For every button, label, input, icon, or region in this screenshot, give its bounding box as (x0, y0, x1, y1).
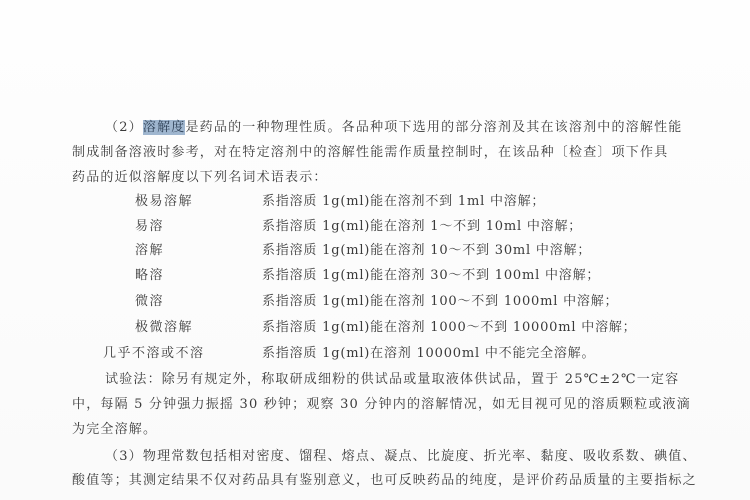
term-definition: 系指溶质 1g(ml)能在溶剂 100～不到 1000ml 中溶解； (262, 294, 618, 310)
term-label: 易溶 (135, 219, 164, 235)
test-method-line2: 中，每隔 5 分钟强力振摇 30 秒钟；观察 30 分钟内的溶解情况，如无目视可… (72, 397, 691, 413)
para2-line1: （2）溶解度是药品的一种物理性质。各品种项下选用的部分溶剂及其在该溶剂中的溶解性… (105, 120, 683, 136)
para3-line2: 酸值等；其测定结果不仅对药品具有鉴别意义，也可反映药品的纯度，是评价药品质量的主… (72, 473, 697, 489)
para2-line2: 制成制备溶液时参考，对在特定溶剂中的溶解性能需作质量控制时，在该品种〔检查〕项下… (72, 145, 668, 161)
highlighted-term-solubility[interactable]: 溶解度 (143, 120, 186, 135)
test-method-line3: 为完全溶解。 (72, 422, 157, 438)
document-page: （2）溶解度是药品的一种物理性质。各品种项下选用的部分溶剂及其在该溶剂中的溶解性… (0, 0, 750, 500)
term-label: 微溶 (135, 294, 164, 310)
term-label: 几乎不溶或不溶 (103, 346, 205, 362)
term-definition: 系指溶质 1g(ml)在溶剂 10000ml 中不能完全溶解。 (262, 346, 595, 362)
para2-line3: 药品的近似溶解度以下列名词术语表示： (72, 170, 328, 186)
term-label: 极易溶解 (135, 194, 193, 210)
test-method-line1: 试验法：除另有规定外，称取研成细粉的供试品或量取液体供试品，置于 25℃±2℃一… (105, 372, 679, 388)
term-label: 极微溶解 (135, 320, 193, 336)
term-label: 略溶 (135, 268, 164, 284)
term-definition: 系指溶质 1g(ml)能在溶剂 1～不到 10ml 中溶解； (262, 219, 582, 235)
para3-line1: （3）物理常数包括相对密度、馏程、熔点、凝点、比旋度、折光率、黏度、吸收系数、碘… (105, 449, 697, 465)
term-definition: 系指溶质 1g(ml)能在溶剂 1000～不到 10000ml 中溶解； (262, 320, 636, 336)
para2-line1-text: 是药品的一种物理性质。各品种项下选用的部分溶剂及其在该溶剂中的溶解性能 (185, 120, 682, 135)
term-definition: 系指溶质 1g(ml)能在溶剂 30～不到 100ml 中溶解； (262, 268, 600, 284)
term-label: 溶解 (135, 243, 164, 259)
para2-number: （2） (105, 120, 143, 135)
term-definition: 系指溶质 1g(ml)能在溶剂不到 1ml 中溶解； (262, 194, 545, 210)
term-definition: 系指溶质 1g(ml)能在溶剂 10～不到 30ml 中溶解； (262, 243, 591, 259)
